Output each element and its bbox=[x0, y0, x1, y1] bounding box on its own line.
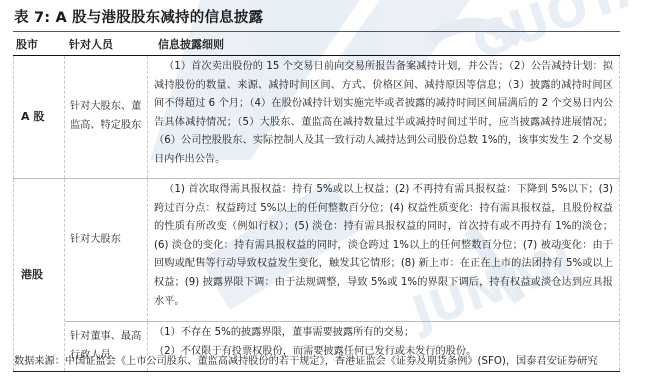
header-target: 针对人员 bbox=[65, 36, 148, 52]
table-row-hk-share: 港股 针对大股东 （1) 首次取得需具报权益：持有 5%或以上权益；(2) 不再… bbox=[13, 179, 620, 372]
table-row-a-share: A 股 针对大股东、董监高、特定股东 （1）首次卖出股份的 15 个交易日前向交… bbox=[13, 56, 620, 179]
target-cell: 针对大股东 bbox=[65, 179, 148, 321]
table-header: 股市 针对人员 信息披露细则 bbox=[13, 32, 620, 56]
detail-cell: （1) 首次取得需具报权益：持有 5%或以上权益；(2) 不再持有需具报权益：下… bbox=[148, 179, 620, 321]
detail-cell: （1）首次卖出股份的 15 个交易日前向交易所报告备案减持计划，并公告；（2）公… bbox=[148, 56, 620, 178]
disclosure-table: 股市 针对人员 信息披露细则 A 股 针对大股东、董监高、特定股东 （1）首次卖… bbox=[13, 31, 620, 372]
row-group: 针对大股东、董监高、特定股东 （1）首次卖出股份的 15 个交易日前向交易所报告… bbox=[65, 56, 620, 178]
header-detail: 信息披露细则 bbox=[148, 36, 620, 52]
sub-row: 针对大股东 （1) 首次取得需具报权益：持有 5%或以上权益；(2) 不再持有需… bbox=[65, 179, 620, 321]
table-title: 表 7: A 股与港股股东减持的信息披露 bbox=[14, 6, 263, 27]
detail-line: （1）不存在 5%的披露界限，董事需要披露所有的交易； bbox=[154, 324, 613, 343]
market-cell: 港股 bbox=[13, 179, 65, 371]
data-source-note: 数据来源：中国证监会《上市公司股东、董监高减持股份的若干规定》，香港证监会《证券… bbox=[14, 352, 598, 367]
row-group: 针对大股东 （1) 首次取得需具报权益：持有 5%或以上权益；(2) 不再持有需… bbox=[65, 179, 620, 371]
target-cell: 针对大股东、董监高、特定股东 bbox=[65, 56, 148, 178]
sub-row: 针对大股东、董监高、特定股东 （1）首次卖出股份的 15 个交易日前向交易所报告… bbox=[65, 56, 620, 178]
market-cell: A 股 bbox=[13, 56, 65, 178]
header-market: 股市 bbox=[13, 36, 65, 52]
